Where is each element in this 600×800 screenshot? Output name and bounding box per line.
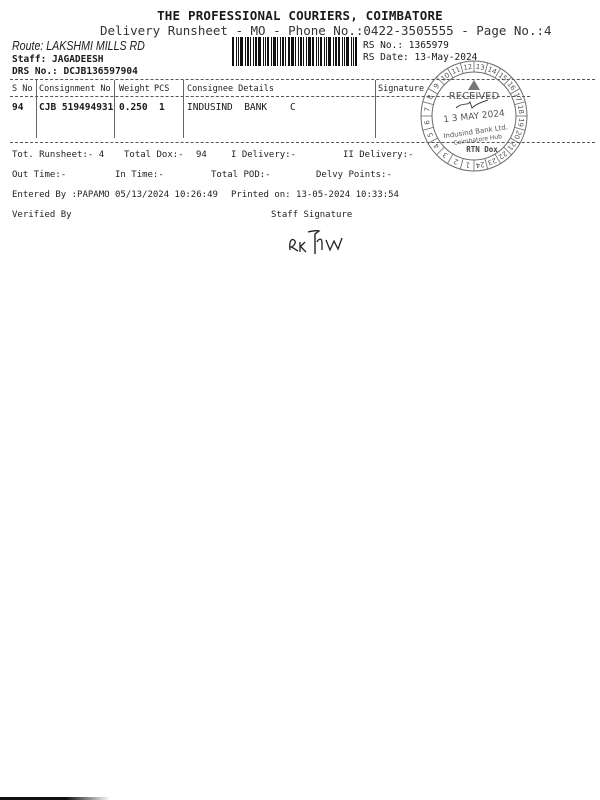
cell-sno: 94 bbox=[12, 102, 23, 113]
company-title: THE PROFESSIONAL COURIERS, COIMBATORE bbox=[0, 8, 600, 23]
barcode-bar bbox=[288, 37, 290, 66]
barcode-bar bbox=[282, 37, 284, 66]
total-dox-label: Total Dox:- bbox=[124, 150, 184, 160]
barcode-bar bbox=[308, 37, 311, 66]
received-stamp-icon: 123456789101112131415161718192021222324 … bbox=[418, 58, 530, 174]
barcode-bar bbox=[355, 37, 357, 66]
svg-text:6: 6 bbox=[423, 119, 432, 125]
barcode-bar bbox=[280, 37, 281, 66]
stamp-dept: RTN Dox bbox=[466, 145, 498, 154]
cell-consignment-no: CJB 519494931 bbox=[39, 102, 113, 113]
barcode-bar bbox=[253, 37, 254, 66]
cell-pcs: 1 bbox=[159, 102, 165, 113]
barcode-bar bbox=[338, 37, 340, 66]
barcode-bar bbox=[263, 37, 264, 66]
runsheet-subtitle: Delivery Runsheet - MO - Phone No.:0422-… bbox=[100, 23, 552, 38]
verified-by: Verified By bbox=[12, 210, 72, 220]
barcode-bar bbox=[353, 37, 354, 66]
stamp-status: RECEIVED bbox=[449, 91, 500, 102]
total-dox-value: 94 bbox=[196, 150, 207, 160]
barcode-bar bbox=[285, 37, 286, 66]
column-divider bbox=[114, 80, 115, 138]
delvy-points: Delvy Points:- bbox=[316, 170, 392, 180]
barcode-bar bbox=[255, 37, 257, 66]
barcode-bar bbox=[335, 37, 337, 66]
total-pod: Total POD:- bbox=[211, 170, 271, 180]
svg-text:13: 13 bbox=[475, 63, 485, 72]
barcode-bar bbox=[232, 37, 234, 66]
out-time: Out Time:- bbox=[12, 170, 66, 180]
barcode-bar bbox=[324, 37, 325, 66]
svg-text:1: 1 bbox=[465, 160, 470, 169]
barcode-bar bbox=[273, 37, 276, 66]
barcode-bar bbox=[351, 37, 352, 66]
barcode-bar bbox=[240, 37, 243, 66]
cell-weight: 0.250 bbox=[119, 102, 148, 113]
svg-text:24: 24 bbox=[475, 160, 485, 169]
svg-text:3: 3 bbox=[441, 150, 449, 159]
svg-text:5: 5 bbox=[426, 131, 435, 138]
barcode-bar bbox=[328, 37, 331, 66]
barcode-bar bbox=[236, 37, 237, 66]
barcode-bar bbox=[267, 37, 269, 66]
barcode-bar bbox=[271, 37, 272, 66]
barcode-bar bbox=[298, 37, 299, 66]
column-divider bbox=[375, 80, 376, 138]
barcode-bar bbox=[245, 37, 246, 66]
barcode-bar bbox=[238, 37, 239, 66]
barcode-icon bbox=[232, 37, 359, 66]
barcode-bar bbox=[344, 37, 345, 66]
svg-text:9: 9 bbox=[432, 82, 441, 90]
column-header-pcs: PCS bbox=[154, 84, 169, 94]
svg-text:7: 7 bbox=[423, 107, 432, 112]
column-header-consignee: Consignee Details bbox=[187, 84, 274, 94]
barcode-bar bbox=[303, 37, 304, 66]
barcode-bar bbox=[326, 37, 327, 66]
barcode-bar bbox=[300, 37, 302, 66]
svg-text:12: 12 bbox=[463, 63, 473, 72]
barcode-bar bbox=[320, 37, 322, 66]
barcode-bar bbox=[318, 37, 319, 66]
barcode-bar bbox=[250, 37, 251, 66]
handwritten-signature-icon bbox=[286, 226, 356, 256]
svg-text:18: 18 bbox=[516, 105, 525, 115]
svg-text:8: 8 bbox=[426, 94, 435, 101]
barcode-bar bbox=[342, 37, 343, 66]
barcode-bar bbox=[295, 37, 296, 66]
in-time: In Time:- bbox=[115, 170, 164, 180]
column-header-consignment: Consignment No bbox=[39, 84, 111, 94]
entered-by: Entered By :PAPAMO 05/13/2024 10:26:49 bbox=[12, 190, 218, 200]
stamp-date: 1 3 MAY 2024 bbox=[443, 109, 506, 125]
column-divider bbox=[183, 80, 184, 138]
i-delivery: I Delivery:- bbox=[231, 150, 296, 160]
drs-number: DRS No.: DCJB136597904 bbox=[12, 66, 138, 77]
barcode-bar bbox=[316, 37, 317, 66]
ii-delivery: II Delivery:- bbox=[343, 150, 413, 160]
cell-consignee: INDUSIND BANK C bbox=[187, 102, 296, 113]
rs-number: RS No.: 1365979 bbox=[363, 40, 449, 51]
column-header-sno: S No bbox=[12, 84, 32, 94]
column-header-weight: Weight bbox=[119, 84, 150, 94]
barcode-bar bbox=[277, 37, 278, 66]
barcode-bar bbox=[333, 37, 334, 66]
route-label: Route: LAKSHMI MILLS RD bbox=[12, 39, 145, 53]
staff-label: Staff: JAGADEESH bbox=[12, 54, 104, 65]
barcode-bar bbox=[265, 37, 266, 66]
svg-text:19: 19 bbox=[516, 117, 525, 127]
column-divider bbox=[36, 80, 37, 138]
barcode-bar bbox=[247, 37, 249, 66]
barcode-bar bbox=[346, 37, 349, 66]
barcode-bar bbox=[306, 37, 307, 66]
barcode-bar bbox=[312, 37, 314, 66]
tot-runsheet: Tot. Runsheet:- 4 bbox=[12, 150, 104, 160]
printed-on: Printed on: 13-05-2024 10:33:54 bbox=[231, 190, 399, 200]
barcode-bar bbox=[258, 37, 261, 66]
svg-text:2: 2 bbox=[452, 157, 459, 166]
staff-signature-label: Staff Signature bbox=[271, 210, 352, 220]
barcode-bar bbox=[291, 37, 294, 66]
